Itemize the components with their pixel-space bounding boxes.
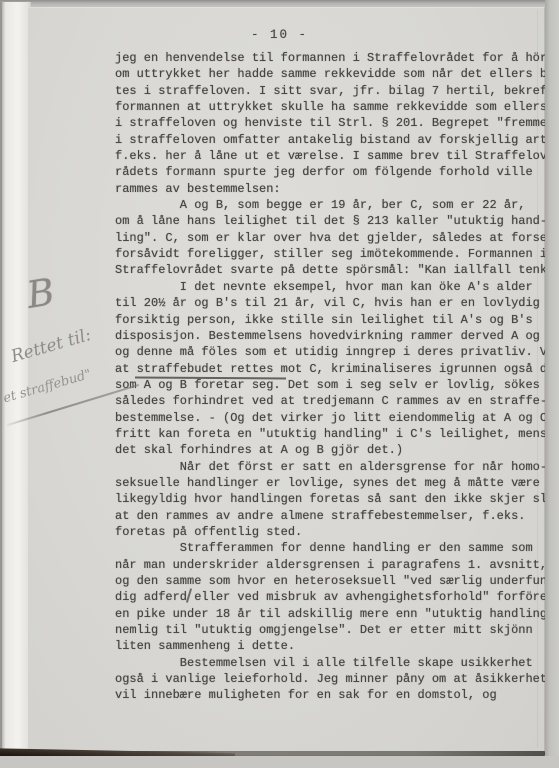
scan-backdrop-left-strip (0, 2, 31, 754)
scan-backdrop-right (545, 0, 559, 768)
scan-backdrop-bottom (0, 756, 559, 768)
scanned-document-page: - 10 - jeg en henvendelse til formannen … (0, 0, 559, 768)
page-number: - 10 - (0, 28, 559, 42)
